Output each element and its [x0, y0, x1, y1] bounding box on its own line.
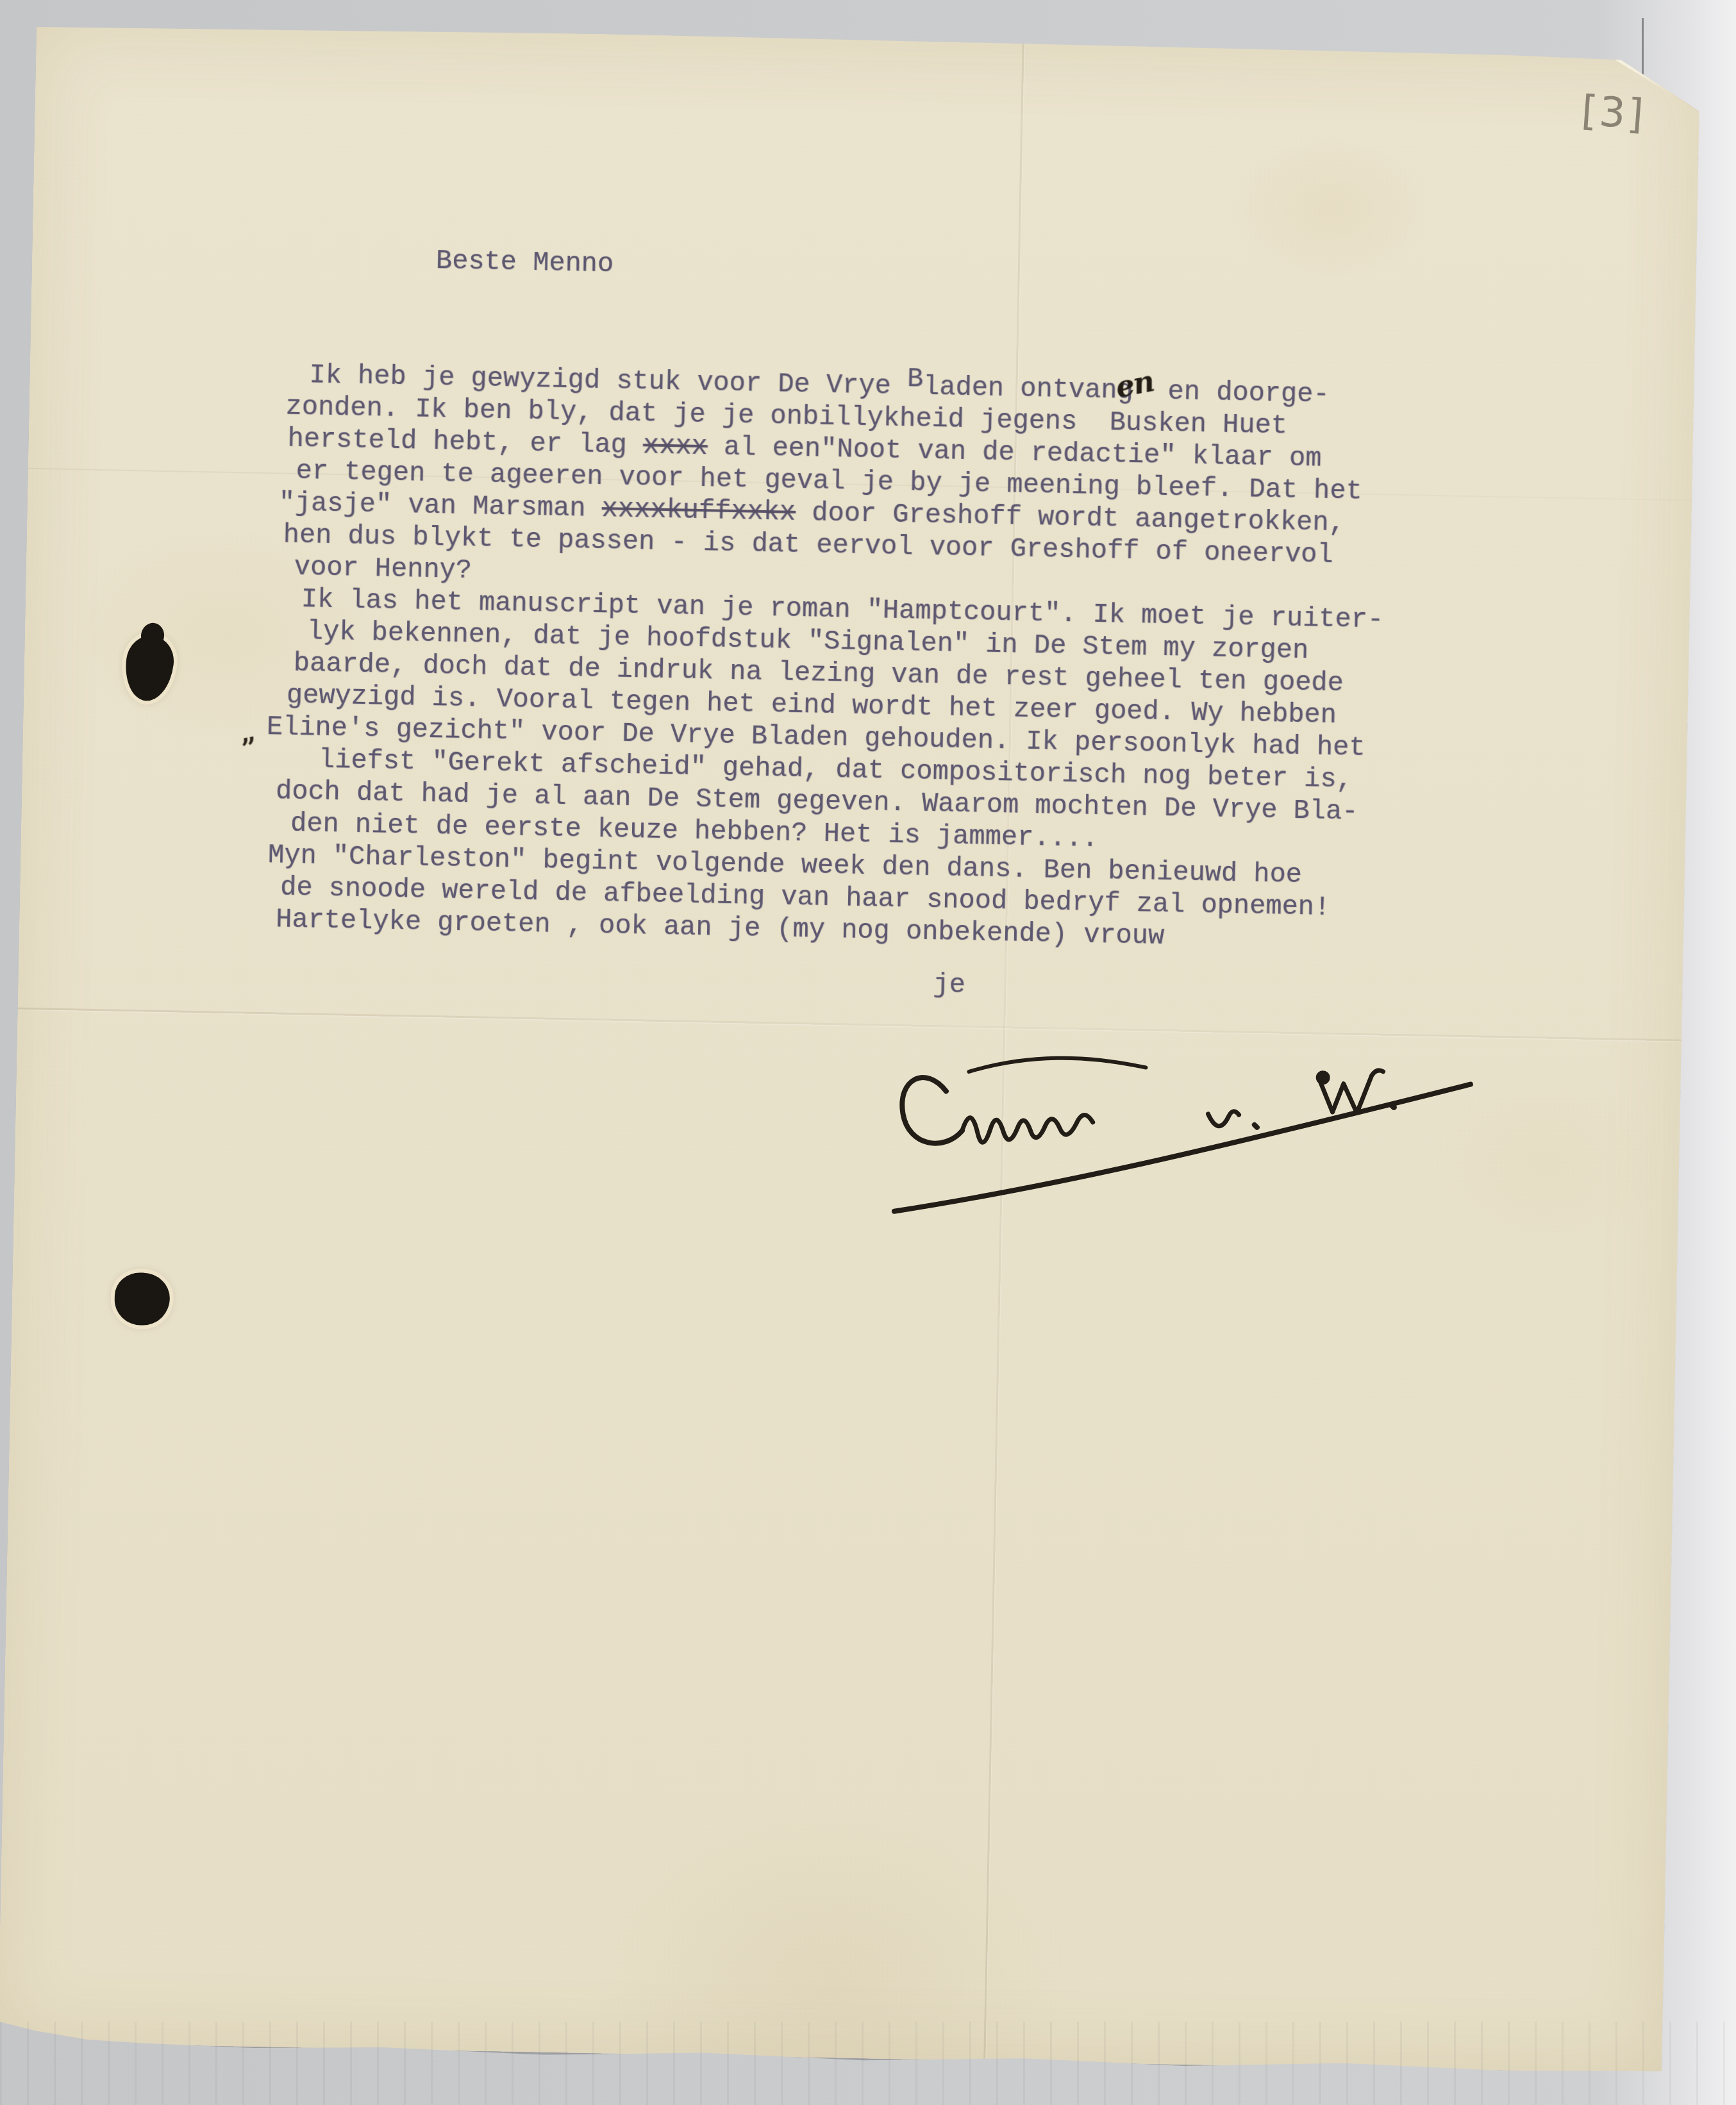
- signature: [873, 1002, 1492, 1229]
- salutation: Beste Menno: [436, 245, 614, 280]
- typed-text: "jasje" van Marsman: [278, 487, 602, 524]
- raised-letter: B: [907, 363, 924, 395]
- signature-drawing: [873, 1002, 1492, 1229]
- punch-hole-top: [122, 633, 177, 703]
- page-number-annotation: [3]: [1580, 87, 1647, 139]
- closing: je: [933, 969, 965, 1001]
- letter-body: Ik heb je gewyzigd stuk voor De Vrye Bla…: [276, 356, 1517, 960]
- punch-hole-bottom: [114, 1272, 171, 1326]
- struck-through-text: xxxxkuffxxkx: [601, 494, 796, 528]
- scan-background: [3] Beste Menno Ik heb je gewyzigd stuk …: [0, 0, 1736, 2105]
- letter-page: [3] Beste Menno Ik heb je gewyzigd stuk …: [0, 23, 1701, 2074]
- handwritten-correction: en: [1113, 365, 1156, 403]
- typed-text: laden ontvang: [923, 372, 1134, 406]
- handwritten-margin-quote: „: [237, 716, 258, 751]
- typed-text: en doorge-: [1151, 376, 1330, 410]
- typed-text: voor Henny?: [294, 552, 472, 586]
- struck-through-text: xxxx: [643, 430, 708, 462]
